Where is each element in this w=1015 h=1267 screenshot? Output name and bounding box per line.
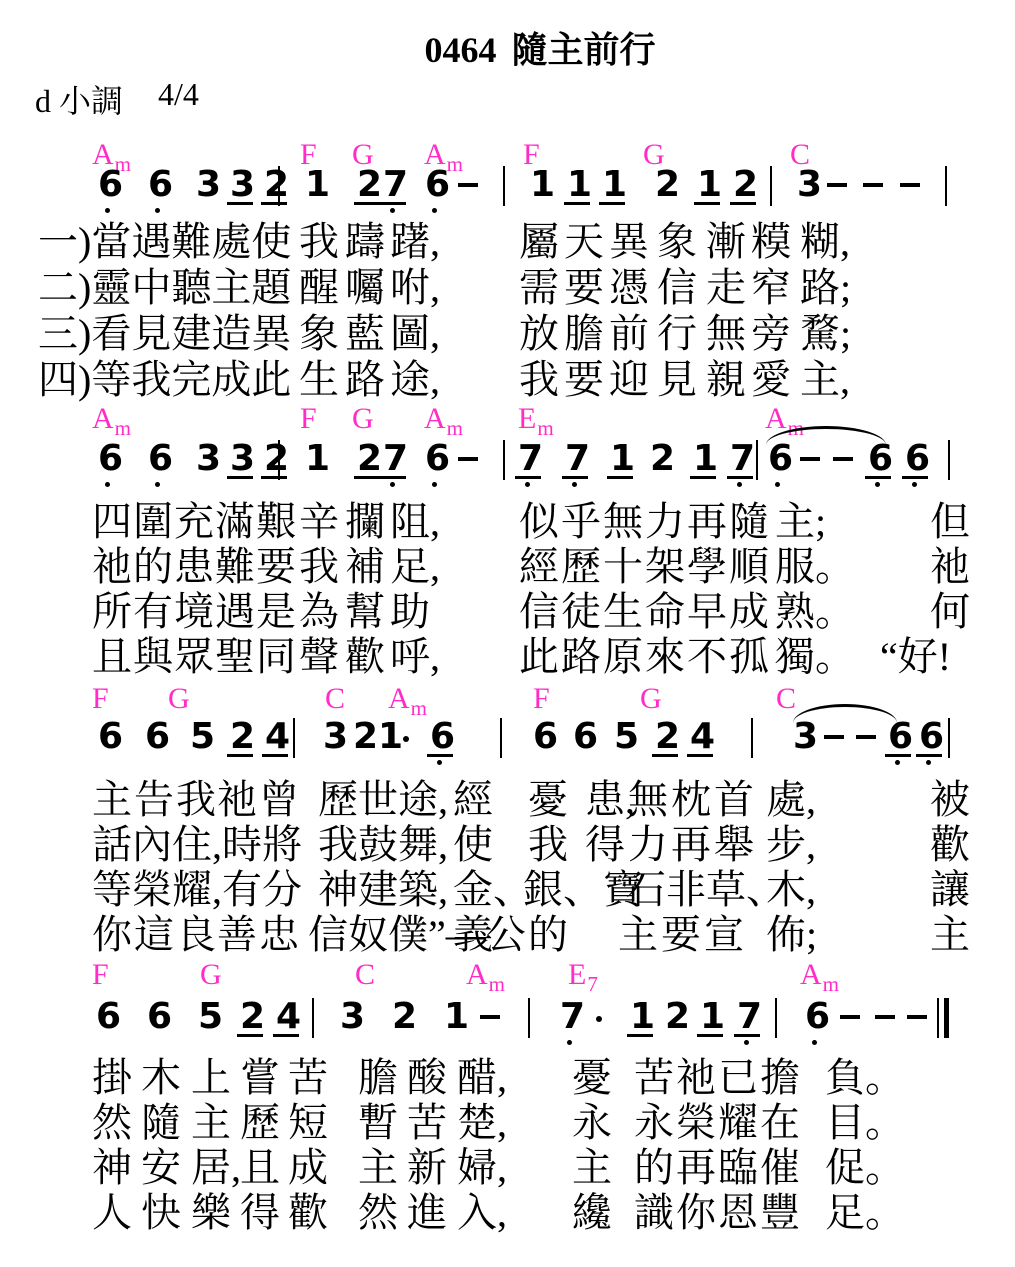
chord-symbol: Em bbox=[518, 404, 553, 434]
note-digit: 1 bbox=[567, 167, 592, 203]
chord-symbol: F bbox=[533, 684, 550, 714]
chord-sub: 7 bbox=[587, 972, 598, 996]
lyric-segment: 識你恩豐 bbox=[634, 1193, 802, 1233]
eighth-underline bbox=[227, 754, 253, 757]
lyric-segment: 且成 bbox=[240, 1148, 336, 1188]
lyric-segment: 一)當遇難處使 bbox=[38, 222, 291, 262]
chord-symbol: Am bbox=[466, 960, 504, 990]
eighth-underline bbox=[627, 1034, 653, 1037]
note-digit: 1 bbox=[530, 167, 555, 203]
octave-dot bbox=[572, 482, 577, 487]
time-signature: 4/4 bbox=[158, 76, 199, 113]
octave-dot bbox=[390, 482, 395, 487]
lyric-segment: 藍 bbox=[345, 314, 385, 354]
octave-dot bbox=[437, 760, 442, 765]
note-digit: 2 bbox=[392, 999, 417, 1035]
eighth-underline bbox=[865, 476, 891, 479]
chord-symbol: Am bbox=[424, 404, 462, 434]
lyric-segment: 苦 bbox=[407, 1103, 447, 1143]
note-digit: 2 bbox=[655, 719, 680, 755]
note-digit: 7 bbox=[737, 999, 762, 1035]
chord-sub: m bbox=[447, 416, 463, 440]
lyric-segment: 無枕首 bbox=[628, 780, 757, 820]
chord-root: C bbox=[355, 958, 375, 991]
note-digit: 7 bbox=[518, 441, 543, 477]
chord-root: G bbox=[200, 958, 222, 991]
note-digit: 6 bbox=[573, 719, 598, 755]
note-digit: 6 bbox=[148, 441, 173, 477]
note-digit: 6 bbox=[96, 999, 121, 1035]
lyric-segment: 促。 bbox=[825, 1148, 905, 1188]
lyric-segment: 金、 bbox=[453, 870, 533, 910]
note-digit: 2 bbox=[655, 167, 680, 203]
chord-symbol: G bbox=[640, 684, 662, 714]
eighth-underline bbox=[261, 476, 287, 479]
lyric-segment: 人 bbox=[92, 1193, 132, 1233]
lyric-segment: 且與眾聖同 bbox=[92, 637, 297, 677]
lyric-segment: 居, bbox=[191, 1148, 241, 1188]
lyric-segment: 力再舉 bbox=[628, 825, 757, 865]
lyric-segment: 安 bbox=[141, 1148, 181, 1188]
lyric-segment: 隨 bbox=[141, 1103, 181, 1143]
chord-symbol: E7 bbox=[568, 960, 597, 990]
lyric-segment: 四圍充滿艱 bbox=[92, 502, 297, 542]
note-dash bbox=[907, 1015, 927, 1019]
lyric-segment: 我 bbox=[528, 825, 568, 865]
eighth-underline bbox=[380, 476, 406, 479]
lyric-segment: 二)靈中聽主題 bbox=[38, 268, 291, 308]
lyric-segment: 主告我 bbox=[92, 780, 218, 820]
lyric-segment: 糊, bbox=[800, 222, 850, 262]
note-digit: 4 bbox=[265, 719, 290, 755]
lyric-segment: 然 bbox=[358, 1193, 398, 1233]
note-digit: 3 bbox=[793, 719, 818, 755]
chord-root: E bbox=[568, 958, 586, 991]
note-dash bbox=[900, 183, 920, 187]
chord-root: E bbox=[518, 402, 536, 435]
note-digit: 7 bbox=[383, 441, 408, 477]
eighth-underline bbox=[885, 754, 911, 757]
lyric-segment: 主 bbox=[191, 1103, 231, 1143]
chord-root: F bbox=[300, 402, 317, 435]
octave-dot bbox=[155, 208, 160, 213]
barline bbox=[528, 998, 530, 1038]
key-signature: d 小調 bbox=[35, 76, 123, 122]
note-digit: 1 bbox=[693, 441, 718, 477]
lyric-segment: 放膽前 bbox=[519, 314, 654, 354]
lyric-segment: 纔 bbox=[572, 1193, 612, 1233]
note-digit: 6 bbox=[145, 719, 170, 755]
lyric-segment: 歡 bbox=[930, 825, 970, 865]
chord-symbol: Am bbox=[92, 404, 130, 434]
lyric-segment: 此路原來不孤 bbox=[519, 637, 771, 677]
lyric-segment: 祂曾 bbox=[217, 780, 301, 820]
eighth-underline bbox=[916, 754, 942, 757]
lyric-segment: 騖; bbox=[800, 314, 851, 354]
note-digit: 1 bbox=[697, 167, 722, 203]
note-dash bbox=[875, 1015, 895, 1019]
chord-root: A bbox=[466, 958, 488, 991]
lyric-segment: 永 bbox=[572, 1103, 612, 1143]
lyric-segment: 親愛 bbox=[706, 360, 796, 400]
lyric-segment: 處, bbox=[766, 780, 816, 820]
lyric-segment: 漸糢 bbox=[706, 222, 796, 262]
barline bbox=[775, 998, 777, 1038]
lyric-segment: 呼, bbox=[390, 637, 440, 677]
note-digit: 7 bbox=[383, 167, 408, 203]
lyric-segment: 主 bbox=[358, 1148, 398, 1188]
lyric-segment: 但 bbox=[930, 502, 970, 542]
note-digit: 7 bbox=[560, 999, 585, 1035]
lyric-segment: 主; bbox=[775, 502, 826, 542]
sheet-page: 0464 隨主前行 d 小調 4/4 AmFGAmFGC663321276111… bbox=[0, 0, 1015, 1267]
note-digit: 5 bbox=[198, 999, 223, 1035]
lyric-segment: 我要迎 bbox=[519, 360, 654, 400]
barline bbox=[312, 998, 314, 1038]
lyric-segment: 阻, bbox=[390, 502, 440, 542]
note-digit: 2 bbox=[230, 719, 255, 755]
octave-dot bbox=[432, 208, 437, 213]
note-digit: 6 bbox=[98, 719, 123, 755]
lyric-segment: 躊 bbox=[345, 222, 385, 262]
note-digit: 6 bbox=[888, 719, 913, 755]
note-digit: 3 bbox=[230, 441, 255, 477]
note-digit: 2 bbox=[353, 719, 378, 755]
octave-dot bbox=[567, 1040, 572, 1045]
lyric-segment: 善忠 bbox=[217, 915, 301, 955]
note-digit: 5 bbox=[614, 719, 639, 755]
note-digit: 2 bbox=[733, 167, 758, 203]
lyric-segment: 需要憑 bbox=[519, 268, 654, 308]
lyric-segment: 快 bbox=[141, 1193, 181, 1233]
lyric-segment: 你這良 bbox=[92, 915, 218, 955]
lyric-segment: 何 bbox=[930, 592, 970, 632]
chord-root: A bbox=[800, 958, 822, 991]
octave-dot bbox=[737, 482, 742, 487]
lyric-segment: 足, bbox=[390, 547, 440, 587]
eighth-underline bbox=[902, 476, 928, 479]
lyric-segment: 辛 bbox=[299, 502, 339, 542]
chord-root: A bbox=[92, 402, 114, 435]
lyric-segment: 象 bbox=[657, 222, 697, 262]
eighth-underline bbox=[237, 1034, 263, 1037]
note-digit: 6 bbox=[805, 999, 830, 1035]
lyric-segment: 無旁 bbox=[706, 314, 796, 354]
eighth-underline bbox=[273, 1034, 299, 1037]
note-digit: 1 bbox=[378, 719, 403, 755]
note-digit: 6 bbox=[148, 167, 173, 203]
lyric-segment: 服。 bbox=[775, 547, 855, 587]
eighth-underline bbox=[687, 754, 713, 757]
barline bbox=[756, 440, 758, 480]
note-dash bbox=[458, 457, 478, 461]
lyric-segment: 途, bbox=[390, 360, 440, 400]
barline bbox=[503, 440, 505, 480]
lyric-segment: “好! bbox=[880, 637, 951, 677]
octave-dot bbox=[105, 208, 110, 213]
lyric-segment: 屬天異 bbox=[519, 222, 654, 262]
lyric-segment: 經 bbox=[453, 780, 493, 820]
lyric-segment: 嘗苦 bbox=[240, 1058, 336, 1098]
chord-root: F bbox=[533, 682, 550, 715]
lyric-segment: 幫 bbox=[345, 592, 385, 632]
chord-root: F bbox=[92, 958, 109, 991]
note-dash bbox=[824, 735, 844, 739]
augmentation-dot bbox=[596, 1016, 602, 1022]
chord-root: G bbox=[352, 402, 374, 435]
eighth-underline bbox=[261, 202, 287, 205]
lyric-segment: 等榮耀,有分 bbox=[92, 870, 302, 910]
lyric-segment: 進 bbox=[407, 1193, 447, 1233]
note-dash bbox=[800, 457, 820, 461]
note-digit: 6 bbox=[98, 167, 123, 203]
lyric-segment: 躇, bbox=[390, 222, 440, 262]
barline bbox=[500, 718, 502, 758]
lyric-segment: 的再臨催 bbox=[634, 1148, 802, 1188]
lyric-segment: 主 bbox=[572, 1148, 612, 1188]
eighth-underline bbox=[690, 476, 716, 479]
chord-root: F bbox=[92, 682, 109, 715]
lyric-segment: 楚, bbox=[457, 1103, 507, 1143]
note-digit: 6 bbox=[919, 719, 944, 755]
note-digit: 6 bbox=[868, 441, 893, 477]
lyric-segment: 酸 bbox=[407, 1058, 447, 1098]
lyric-segment: 路; bbox=[800, 268, 851, 308]
lyric-segment: 負。 bbox=[825, 1058, 905, 1098]
eighth-underline bbox=[380, 202, 406, 205]
lyric-segment: 生 bbox=[299, 360, 339, 400]
barline bbox=[293, 718, 295, 758]
lyric-segment: 見 bbox=[657, 360, 697, 400]
lyric-segment: 被 bbox=[930, 780, 970, 820]
lyric-segment: 咐, bbox=[390, 268, 440, 308]
chord-symbol: G bbox=[200, 960, 222, 990]
lyric-segment: 佈; bbox=[766, 915, 817, 955]
lyric-segment: 囑 bbox=[345, 268, 385, 308]
lyric-segment: 憂 bbox=[572, 1058, 612, 1098]
note-digit: 2 bbox=[357, 167, 382, 203]
octave-dot bbox=[812, 1040, 817, 1045]
eighth-underline bbox=[599, 202, 625, 205]
lyric-segment: 圖, bbox=[390, 314, 440, 354]
eighth-underline bbox=[354, 202, 380, 205]
eighth-underline bbox=[427, 754, 453, 757]
lyric-segment: 補 bbox=[345, 547, 385, 587]
lyric-segment: 所有境遇是 bbox=[92, 592, 297, 632]
chord-symbol: Am bbox=[800, 960, 838, 990]
lyric-segment: 我鼓舞, bbox=[318, 825, 448, 865]
octave-dot bbox=[895, 760, 900, 765]
lyric-segment: 路 bbox=[345, 360, 385, 400]
note-digit: 1 bbox=[700, 999, 725, 1035]
lyric-segment: 新 bbox=[407, 1148, 447, 1188]
note-digit: 6 bbox=[768, 441, 793, 477]
eighth-underline bbox=[354, 476, 380, 479]
lyric-segment: 婦, bbox=[457, 1148, 507, 1188]
eighth-underline bbox=[652, 754, 678, 757]
lyric-segment: 四)等我完成此 bbox=[38, 360, 291, 400]
lyric-segment: 讓 bbox=[930, 870, 970, 910]
note-dash bbox=[856, 735, 876, 739]
eighth-underline bbox=[227, 476, 253, 479]
chord-sub: m bbox=[489, 972, 505, 996]
chord-root: A bbox=[765, 402, 787, 435]
lyric-segment: 永榮耀在 bbox=[634, 1103, 802, 1143]
lyric-segment: 信徒生命早成 bbox=[519, 592, 771, 632]
octave-dot bbox=[155, 482, 160, 487]
note-dash bbox=[840, 1015, 860, 1019]
chord-symbol: C bbox=[776, 684, 796, 714]
lyric-segment: 話內住,時將 bbox=[92, 825, 302, 865]
note-dash bbox=[458, 183, 478, 187]
lyric-segment: 木, bbox=[766, 870, 816, 910]
note-digit: 6 bbox=[98, 441, 123, 477]
lyric-segment: 石非草、 bbox=[626, 870, 786, 910]
note-digit: 3 bbox=[196, 167, 221, 203]
lyric-segment: 主, bbox=[800, 360, 850, 400]
lyric-segment: 上 bbox=[191, 1058, 231, 1098]
note-digit: 1 bbox=[602, 167, 627, 203]
chord-sub: m bbox=[537, 416, 553, 440]
note-dash bbox=[480, 1015, 500, 1019]
note-digit: 7 bbox=[565, 441, 590, 477]
note-digit: 2 bbox=[240, 999, 265, 1035]
barline bbox=[945, 166, 947, 206]
lyric-segment: 入, bbox=[457, 1193, 507, 1233]
eighth-underline bbox=[515, 476, 541, 479]
note-dash bbox=[827, 183, 847, 187]
lyric-segment: 祂的患難要 bbox=[92, 547, 297, 587]
note-digit: 1 bbox=[444, 999, 469, 1035]
chord-sub: m bbox=[115, 416, 131, 440]
eighth-underline bbox=[262, 754, 288, 757]
lyric-segment: 獨。 bbox=[775, 637, 855, 677]
note-digit: 6 bbox=[425, 167, 450, 203]
lyric-segment: 義 bbox=[453, 915, 493, 955]
chord-symbol: F bbox=[92, 960, 109, 990]
chord-root: G bbox=[168, 682, 190, 715]
octave-dot bbox=[744, 1040, 749, 1045]
octave-dot bbox=[105, 482, 110, 487]
chord-symbol: C bbox=[355, 960, 375, 990]
note-digit: 3 bbox=[340, 999, 365, 1035]
lyric-segment: 聲 bbox=[299, 637, 339, 677]
lyric-segment: 為 bbox=[299, 592, 339, 632]
barline bbox=[937, 998, 939, 1038]
note-digit: 2 bbox=[357, 441, 382, 477]
lyric-segment: 使 bbox=[453, 825, 493, 865]
note-dash bbox=[833, 457, 853, 461]
note-digit: 1 bbox=[610, 441, 635, 477]
lyric-segment: 主要宣 bbox=[618, 915, 747, 955]
lyric-segment: 目。 bbox=[825, 1103, 905, 1143]
octave-dot bbox=[775, 482, 780, 487]
note-digit: 3 bbox=[323, 719, 348, 755]
lyric-segment: 神 bbox=[92, 1148, 132, 1188]
final-barline bbox=[944, 998, 949, 1038]
barline bbox=[948, 440, 950, 480]
note-digit: 3 bbox=[196, 441, 221, 477]
barline bbox=[278, 440, 280, 480]
lyric-segment: 走窄 bbox=[706, 268, 796, 308]
note-digit: 1 bbox=[305, 441, 330, 477]
lyric-segment: 我 bbox=[299, 222, 339, 262]
lyric-segment: 掛 bbox=[92, 1058, 132, 1098]
note-digit: 5 bbox=[190, 719, 215, 755]
eighth-underline bbox=[734, 1034, 760, 1037]
chord-symbol: G bbox=[352, 404, 374, 434]
lyric-segment: 膽 bbox=[358, 1058, 398, 1098]
lyric-segment: 銀、寶 bbox=[523, 870, 643, 910]
lyric-segment: 步, bbox=[766, 825, 816, 865]
barline bbox=[770, 166, 772, 206]
lyric-segment: 信 bbox=[657, 268, 697, 308]
lyric-segment: 木 bbox=[141, 1058, 181, 1098]
note-digit: 6 bbox=[425, 441, 450, 477]
lyric-segment: 神建築, bbox=[318, 870, 448, 910]
chord-symbol: C bbox=[325, 684, 345, 714]
lyric-segment: 足。 bbox=[825, 1193, 905, 1233]
lyric-segment: 憂 bbox=[528, 780, 568, 820]
lyric-segment: 歷短 bbox=[240, 1103, 336, 1143]
note-digit: 1 bbox=[305, 167, 330, 203]
lyric-segment: 我 bbox=[299, 547, 339, 587]
lyric-segment: 經歷十架學順 bbox=[519, 547, 771, 587]
lyric-segment: 歷世途, bbox=[318, 780, 448, 820]
note-digit: 2 bbox=[665, 999, 690, 1035]
octave-dot bbox=[432, 482, 437, 487]
lyric-segment: 暫 bbox=[358, 1103, 398, 1143]
chord-sub: m bbox=[411, 696, 427, 720]
note-digit: 2 bbox=[264, 441, 289, 477]
barline bbox=[278, 166, 280, 206]
octave-dot bbox=[390, 208, 395, 213]
lyric-segment: 得歡 bbox=[240, 1193, 336, 1233]
note-digit: 3 bbox=[230, 167, 255, 203]
lyric-segment: 熟。 bbox=[775, 592, 855, 632]
lyric-segment: 得 bbox=[585, 825, 625, 865]
lyric-segment: 主 bbox=[930, 915, 970, 955]
lyric-segment: 的 bbox=[528, 915, 568, 955]
lyric-segment: 三)看見建造異 bbox=[38, 314, 291, 354]
note-dash bbox=[863, 183, 883, 187]
note-digit: 6 bbox=[533, 719, 558, 755]
lyric-segment: 似乎無力再隨 bbox=[519, 502, 771, 542]
eighth-underline bbox=[562, 476, 588, 479]
note-digit: 1 bbox=[630, 999, 655, 1035]
barline bbox=[948, 718, 950, 758]
lyric-segment: 攔 bbox=[345, 502, 385, 542]
note-digit: 7 bbox=[730, 441, 755, 477]
lyric-segment: 樂 bbox=[191, 1193, 231, 1233]
octave-dot bbox=[875, 482, 880, 487]
octave-dot bbox=[912, 482, 917, 487]
lyric-segment: 信奴僕”—公 bbox=[308, 915, 526, 955]
octave-dot bbox=[525, 482, 530, 487]
chord-symbol: G bbox=[168, 684, 190, 714]
note-digit: 4 bbox=[276, 999, 301, 1035]
lyric-segment: 醒 bbox=[299, 268, 339, 308]
note-digit: 3 bbox=[797, 167, 822, 203]
note-digit: 6 bbox=[905, 441, 930, 477]
eighth-underline bbox=[227, 202, 253, 205]
chord-root: A bbox=[424, 402, 446, 435]
chord-sub: m bbox=[823, 972, 839, 996]
chord-root: G bbox=[640, 682, 662, 715]
chord-symbol: F bbox=[92, 684, 109, 714]
lyric-segment: 苦祂已擔 bbox=[634, 1058, 802, 1098]
lyric-segment: 歡 bbox=[345, 637, 385, 677]
